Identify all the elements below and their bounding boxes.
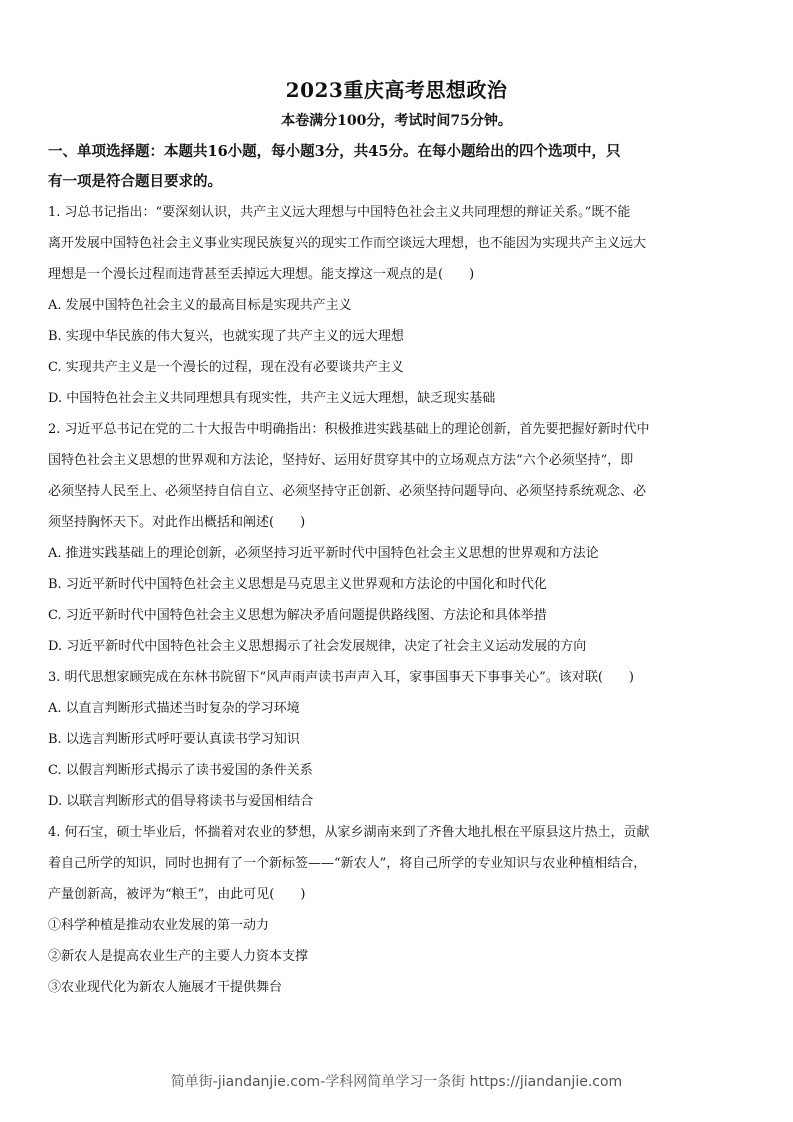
question-stem-line: 着自己所学的知识，同时也拥有了一个新标签——“新农人”，将自己所学的专业知识与农… [48,848,748,879]
option-d: D. 中国特色社会主义共同理想具有现实性，共产主义远大理想，缺乏现实基础 [48,383,748,414]
question-stem-line: 必须坚持人民至上、必须坚持自信自立、必须坚持守正创新、必须坚持问题导向、必须坚持… [48,476,748,507]
question-3: 3. 明代思想家顾宪成在东林书院留下“风声雨声读书声声入耳，家事国事天下事事关心… [48,662,748,817]
option-c: C. 习近平新时代中国特色社会主义思想为解决矛盾问题提供路线图、方法论和具体举措 [48,600,748,631]
question-stem-line: 1. 习总书记指出：“要深刻认识，共产主义远大理想与中国特色社会主义共同理想的辩… [48,197,748,228]
option-b: B. 实现中华民族的伟大复兴，也就实现了共产主义的远大理想 [48,321,748,352]
option-d: D. 习近平新时代中国特色社会主义思想揭示了社会发展规律，决定了社会主义运动发展… [48,631,748,662]
question-stem-line: 3. 明代思想家顾宪成在东林书院留下“风声雨声读书声声入耳，家事国事天下事事关心… [48,662,748,693]
question-stem-line: 国特色社会主义思想的世界观和方法论，坚持好、运用好贯穿其中的立场观点方法“六个必… [48,445,748,476]
question-stem-line: 产量创新高，被评为“粮王”，由此可见( ) [48,879,748,910]
option-c: C. 实现共产主义是一个漫长的过程，现在没有必要谈共产主义 [48,352,748,383]
section-heading: 一、单项选择题：本题共16小题，每小题3分，共45分。在每小题给出的四个选项中，… [48,137,748,197]
question-2: 2. 习近平总书记在党的二十大报告中明确指出：积极推进实践基础上的理论创新，首先… [48,414,748,662]
question-stem-line: 4. 何石宝，硕士毕业后，怀揣着对农业的梦想，从家乡湖南来到了齐鲁大地扎根在平原… [48,817,748,848]
option-b: B. 以选言判断形式呼吁要认真读书学习知识 [48,724,748,755]
section-heading-line: 有一项是符合题目要求的。 [48,167,748,197]
question-stem-line: 离开发展中国特色社会主义事业实现民族复兴的现实工作而空谈远大理想，也不能因为实现… [48,228,748,259]
question-stem-line: 理想是一个漫长过程而违背甚至丢掉远大理想。能支撑这一观点的是( ) [48,259,748,290]
option-a: A. 发展中国特色社会主义的最高目标是实现共产主义 [48,290,748,321]
question-stem-line: 须坚持胸怀天下。对此作出概括和阐述( ) [48,507,748,538]
section-heading-line: 一、单项选择题：本题共16小题，每小题3分，共45分。在每小题给出的四个选项中，… [48,137,748,167]
option-d: D. 以联言判断形式的倡导将读书与爱国相结合 [48,786,748,817]
question-1: 1. 习总书记指出：“要深刻认识，共产主义远大理想与中国特色社会主义共同理想的辩… [48,197,748,414]
statement-3: ③农业现代化为新农人施展才干提供舞台 [48,972,748,1003]
exam-info: 本卷满分100分，考试时间75分钟。 [0,110,793,130]
footer-watermark: 简单街-jiandanjie.com-学科网简单学习一条街 https://ji… [0,1071,793,1091]
option-a: A. 以直言判断形式描述当时复杂的学习环境 [48,693,748,724]
document-page: 2023重庆高考思想政治 本卷满分100分，考试时间75分钟。 一、单项选择题：… [0,0,793,1122]
option-a: A. 推进实践基础上的理论创新，必须坚持习近平新时代中国特色社会主义思想的世界观… [48,538,748,569]
question-4: 4. 何石宝，硕士毕业后，怀揣着对农业的梦想，从家乡湖南来到了齐鲁大地扎根在平原… [48,817,748,1003]
option-c: C. 以假言判断形式揭示了读书爱国的条件关系 [48,755,748,786]
statement-1: ①科学种植是推动农业发展的第一动力 [48,910,748,941]
question-stem-line: 2. 习近平总书记在党的二十大报告中明确指出：积极推进实践基础上的理论创新，首先… [48,414,748,445]
page-title: 2023重庆高考思想政治 [0,74,793,103]
option-b: B. 习近平新时代中国特色社会主义思想是马克思主义世界观和方法论的中国化和时代化 [48,569,748,600]
statement-2: ②新农人是提高农业生产的主要人力资本支撑 [48,941,748,972]
